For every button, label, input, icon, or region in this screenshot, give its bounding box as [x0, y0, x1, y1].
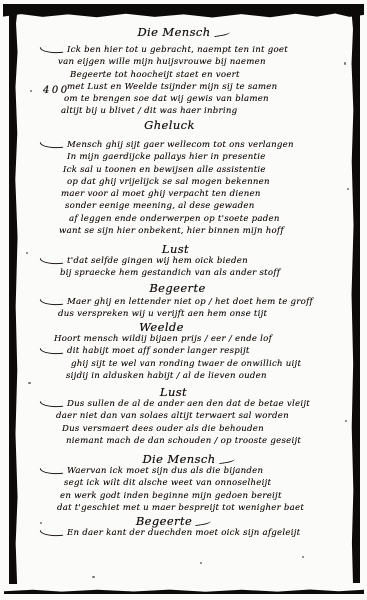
page-border-left — [9, 6, 18, 584]
manuscript-line: bij spraecke hem gestandich van als ande… — [40, 267, 340, 279]
pen-flourish — [40, 139, 64, 149]
pen-flourish — [218, 456, 235, 463]
pen-flourish — [40, 255, 64, 265]
manuscript-line: op dat ghij vrijelijck se sal mogen beke… — [40, 176, 340, 188]
manuscript-line: Dus sullen de al de ander aen den dat de… — [40, 398, 340, 410]
pen-flourish — [195, 518, 212, 525]
speaker-heading-text: Die Mensch — [142, 452, 215, 466]
pen-flourish — [40, 398, 64, 408]
speech-block: Ick ben hier tot u gebracht, naempt ten … — [40, 44, 340, 118]
pen-flourish — [40, 346, 64, 356]
speaker-heading-text: Begeerte — [136, 514, 192, 528]
pen-flourish — [213, 29, 230, 36]
ink-speck — [302, 556, 304, 558]
pen-flourish — [40, 44, 64, 54]
speaker-heading: Gheluck — [0, 119, 353, 132]
ink-speck — [28, 382, 31, 384]
ink-speck — [40, 522, 42, 524]
speech-block: Mensch ghij sijt gaer wellecom tot ons v… — [40, 139, 340, 237]
manuscript-line: ghij sijt te wel van ronding twaer de on… — [40, 358, 340, 370]
manuscript-line: om te brengen soe dat wij gewis van blam… — [40, 93, 340, 105]
manuscript-line: segt ick wilt dit alsche weet van onnose… — [40, 477, 340, 489]
manuscript-line: Maer ghij en lettender niet op / het doe… — [40, 296, 340, 308]
speech-block: En daer kant der duechden moet oick sijn… — [40, 527, 340, 539]
manuscript-line: niemant mach de dan schouden / op troost… — [40, 435, 340, 447]
ink-speck — [92, 576, 95, 578]
manuscript-line: Ick ben hier tot u gebracht, naempt ten … — [40, 44, 340, 56]
speech-block: Hoort mensch wildij bijaen prijs / eer /… — [40, 333, 340, 382]
speaker-heading: Die Mensch — [0, 26, 367, 39]
manuscript-line: maer voor al moet ghij verpacht ten dien… — [40, 188, 340, 200]
manuscript-line: dit habijt moet aff sonder langer respij… — [40, 345, 340, 357]
manuscript-line: met Lust en Weelde tsijnder mijn sij te … — [40, 81, 340, 93]
manuscript-line: Begeerte tot hoocheijt staet en voert — [40, 69, 340, 81]
speech-block: Maer ghij en lettender niet op / het doe… — [40, 296, 340, 321]
speech-block: t'dat selfde gingen wij hem oick bieden … — [40, 255, 340, 280]
manuscript-line: want se sijn hier onbekent, hier binnen … — [40, 225, 340, 237]
manuscript-line: Ick sal u toonen en bewijsen alle assist… — [40, 164, 340, 176]
manuscript-line: Mensch ghij sijt gaer wellecom tot ons v… — [40, 139, 340, 151]
manuscript-line: altijt bij u blivet / dit was haer inbri… — [40, 105, 340, 117]
pen-flourish — [40, 296, 64, 306]
manuscript-line: sijdij in aldusken habijt / al de lieven… — [40, 370, 340, 382]
manuscript-line: daer niet dan van solaes altijt terwaert… — [40, 410, 340, 422]
manuscript-line: en werk godt inden beginne mijn gedoen b… — [40, 490, 340, 502]
ink-speck — [30, 90, 32, 92]
page-border-top — [3, 4, 364, 18]
manuscript-line: dus verspreken wij u verijft aen hem ons… — [40, 308, 340, 320]
page-border-bottom — [4, 588, 364, 594]
ink-speck — [347, 188, 349, 190]
manuscript-line: Dus versmaert dees ouder als die behoude… — [40, 423, 340, 435]
manuscript-line: Waervan ick moet sijn dus als die bijand… — [40, 465, 340, 477]
speech-block: Dus sullen de al de ander aen den dat de… — [40, 398, 340, 447]
manuscript-line: In mijn gaerdijcke pallays hier in prese… — [40, 151, 340, 163]
ink-speck — [26, 252, 28, 254]
ink-speck — [345, 420, 347, 422]
manuscript-line: sonder eenige meening, al dese gewaden — [40, 200, 340, 212]
manuscript-line: van eijgen wille mijn huijsvrouwe bij na… — [40, 56, 340, 68]
ink-speck — [344, 62, 346, 65]
pen-flourish — [40, 527, 64, 537]
manuscript-line: t'dat selfde gingen wij hem oick bieden — [40, 255, 340, 267]
manuscript-line: af leggen ende onderwerpen op t'soete pa… — [40, 213, 340, 225]
speech-block: Waervan ick moet sijn dus als die bijand… — [40, 465, 340, 514]
speaker-heading: Begeerte — [0, 282, 361, 295]
manuscript-line: En daer kant der duechden moet oick sijn… — [40, 527, 340, 539]
manuscript-page: 400 Die Mensch Ick ben hier tot u gebrac… — [0, 0, 367, 600]
manuscript-line: Hoort mensch wildij bijaen prijs / eer /… — [40, 333, 340, 345]
speaker-heading-text: Die Mensch — [137, 25, 210, 39]
ink-speck — [200, 562, 202, 564]
pen-flourish — [40, 465, 64, 475]
manuscript-line: dat t'geschiet met u maer bespreijt tot … — [40, 502, 340, 514]
